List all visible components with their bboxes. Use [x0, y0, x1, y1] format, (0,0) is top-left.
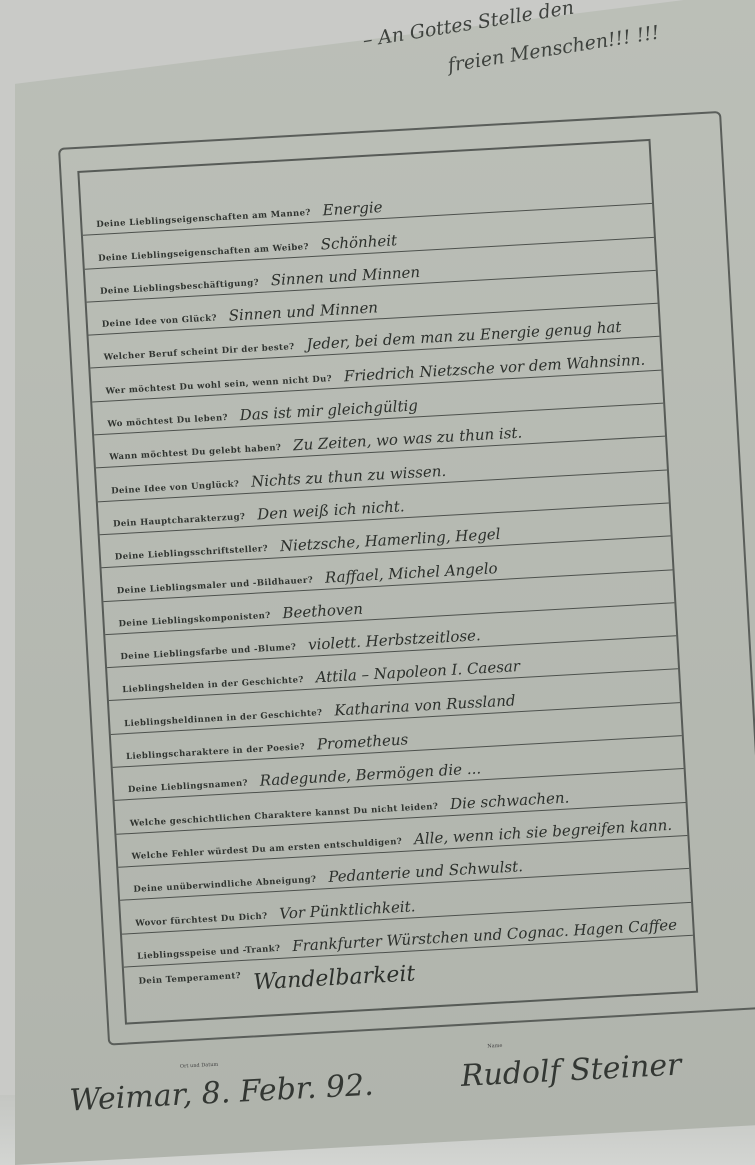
question-list: Deine Lieblingseigenschaften am Manne?En… — [81, 171, 697, 1047]
outer-frame: Deine Lieblingseigenschaften am Manne?En… — [58, 111, 755, 1046]
question-label: Dein Temperament? — [124, 971, 241, 991]
place-date: Weimar, 8. Febr. 92. — [69, 1068, 375, 1119]
signature: Rudolf Steiner — [460, 1047, 682, 1094]
signature-label: Name — [487, 1043, 502, 1050]
place-date-label: Ort und Datum — [180, 1062, 219, 1070]
inner-frame: Deine Lieblingseigenschaften am Manne?En… — [77, 139, 698, 1025]
